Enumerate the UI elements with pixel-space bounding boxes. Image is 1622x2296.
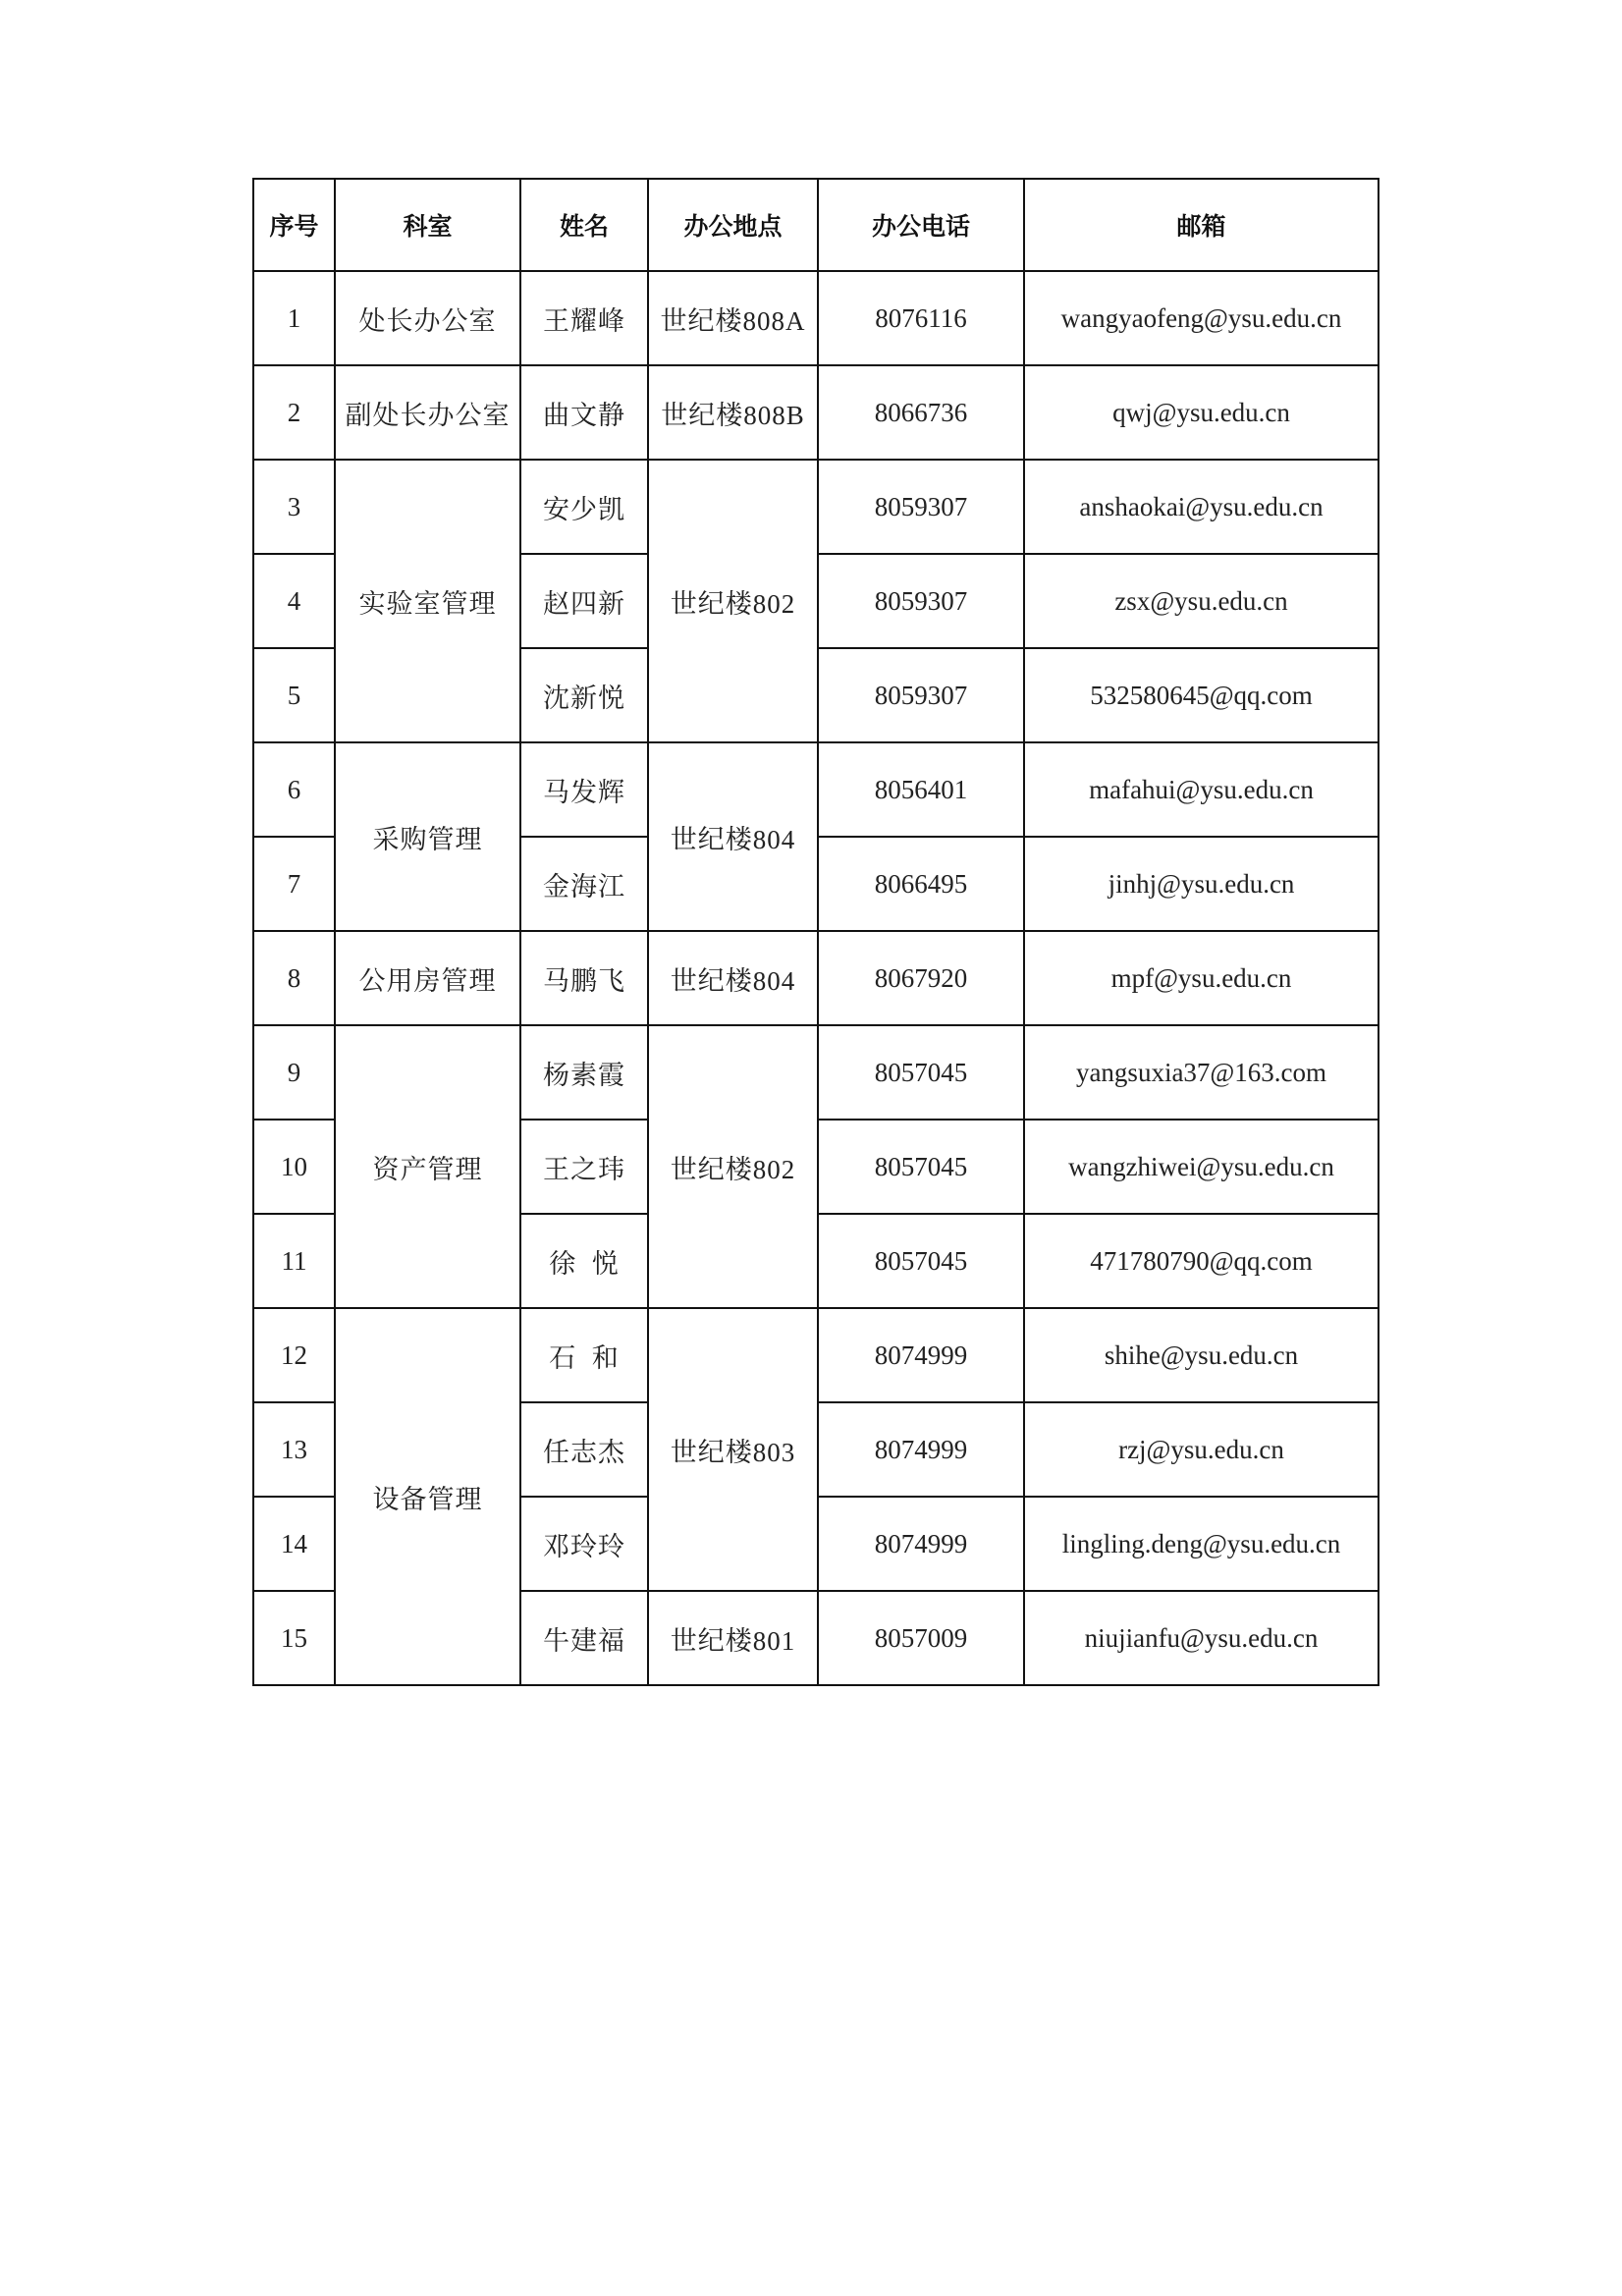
cell-seq: 7 [253,837,335,931]
cell-email: lingling.deng@ysu.edu.cn [1024,1497,1379,1591]
cell-phone: 8057045 [818,1214,1024,1308]
cell-phone: 8057009 [818,1591,1024,1685]
table-row: 9 资产管理 杨素霞 世纪楼802 8057045 yangsuxia37@16… [253,1025,1379,1120]
contact-table: 序号 科室 姓名 办公地点 办公电话 邮箱 1 处长办公室 王耀峰 世纪楼808… [252,178,1379,1686]
cell-location: 世纪楼804 [648,742,818,931]
cell-name: 马发辉 [520,742,648,837]
header-phone: 办公电话 [818,179,1024,271]
cell-name: 王耀峰 [520,271,648,365]
cell-seq: 15 [253,1591,335,1685]
cell-email: yangsuxia37@163.com [1024,1025,1379,1120]
cell-phone: 8074999 [818,1402,1024,1497]
cell-seq: 5 [253,648,335,742]
header-email: 邮箱 [1024,179,1379,271]
cell-email: 532580645@qq.com [1024,648,1379,742]
cell-email: anshaokai@ysu.edu.cn [1024,460,1379,554]
cell-seq: 1 [253,271,335,365]
header-location: 办公地点 [648,179,818,271]
cell-phone: 8059307 [818,648,1024,742]
cell-email: wangyaofeng@ysu.edu.cn [1024,271,1379,365]
cell-office: 副处长办公室 [335,365,520,460]
cell-email: niujianfu@ysu.edu.cn [1024,1591,1379,1685]
cell-seq: 8 [253,931,335,1025]
cell-email: wangzhiwei@ysu.edu.cn [1024,1120,1379,1214]
cell-email: rzj@ysu.edu.cn [1024,1402,1379,1497]
cell-seq: 9 [253,1025,335,1120]
cell-name: 赵四新 [520,554,648,648]
cell-email: mafahui@ysu.edu.cn [1024,742,1379,837]
cell-location: 世纪楼801 [648,1591,818,1685]
cell-name: 王之玮 [520,1120,648,1214]
header-seq: 序号 [253,179,335,271]
cell-phone: 8066736 [818,365,1024,460]
cell-email: jinhj@ysu.edu.cn [1024,837,1379,931]
cell-name: 杨素霞 [520,1025,648,1120]
cell-seq: 3 [253,460,335,554]
cell-location: 世纪楼802 [648,460,818,742]
cell-phone: 8059307 [818,460,1024,554]
cell-seq: 6 [253,742,335,837]
cell-name: 牛建福 [520,1591,648,1685]
table-row: 6 采购管理 马发辉 世纪楼804 8056401 mafahui@ysu.ed… [253,742,1379,837]
cell-email: 471780790@qq.com [1024,1214,1379,1308]
table-row: 2 副处长办公室 曲文静 世纪楼808B 8066736 qwj@ysu.edu… [253,365,1379,460]
cell-phone: 8066495 [818,837,1024,931]
cell-office: 实验室管理 [335,460,520,742]
cell-name: 石 和 [520,1308,648,1402]
cell-name: 曲文静 [520,365,648,460]
document-page: 序号 科室 姓名 办公地点 办公电话 邮箱 1 处长办公室 王耀峰 世纪楼808… [0,0,1622,2296]
header-row: 序号 科室 姓名 办公地点 办公电话 邮箱 [253,179,1379,271]
cell-email: zsx@ysu.edu.cn [1024,554,1379,648]
cell-office: 设备管理 [335,1308,520,1685]
cell-email: shihe@ysu.edu.cn [1024,1308,1379,1402]
cell-phone: 8067920 [818,931,1024,1025]
cell-name: 任志杰 [520,1402,648,1497]
cell-name: 安少凯 [520,460,648,554]
cell-location: 世纪楼803 [648,1308,818,1591]
cell-phone: 8057045 [818,1120,1024,1214]
cell-seq: 14 [253,1497,335,1591]
cell-location: 世纪楼802 [648,1025,818,1308]
cell-location: 世纪楼808A [648,271,818,365]
cell-office: 公用房管理 [335,931,520,1025]
cell-office: 采购管理 [335,742,520,931]
cell-seq: 13 [253,1402,335,1497]
table-row: 12 设备管理 石 和 世纪楼803 8074999 shihe@ysu.edu… [253,1308,1379,1402]
cell-phone: 8074999 [818,1308,1024,1402]
table-row: 1 处长办公室 王耀峰 世纪楼808A 8076116 wangyaofeng@… [253,271,1379,365]
cell-phone: 8076116 [818,271,1024,365]
cell-seq: 11 [253,1214,335,1308]
cell-office: 处长办公室 [335,271,520,365]
cell-seq: 4 [253,554,335,648]
cell-office: 资产管理 [335,1025,520,1308]
cell-phone: 8057045 [818,1025,1024,1120]
cell-email: qwj@ysu.edu.cn [1024,365,1379,460]
table-row: 3 实验室管理 安少凯 世纪楼802 8059307 anshaokai@ysu… [253,460,1379,554]
cell-name: 徐 悦 [520,1214,648,1308]
table-row: 8 公用房管理 马鹏飞 世纪楼804 8067920 mpf@ysu.edu.c… [253,931,1379,1025]
cell-phone: 8056401 [818,742,1024,837]
cell-name: 沈新悦 [520,648,648,742]
cell-location: 世纪楼808B [648,365,818,460]
cell-phone: 8074999 [818,1497,1024,1591]
cell-name: 邓玲玲 [520,1497,648,1591]
cell-email: mpf@ysu.edu.cn [1024,931,1379,1025]
cell-seq: 2 [253,365,335,460]
header-office: 科室 [335,179,520,271]
cell-location: 世纪楼804 [648,931,818,1025]
cell-name: 金海江 [520,837,648,931]
cell-seq: 12 [253,1308,335,1402]
cell-phone: 8059307 [818,554,1024,648]
cell-name: 马鹏飞 [520,931,648,1025]
header-name: 姓名 [520,179,648,271]
cell-seq: 10 [253,1120,335,1214]
